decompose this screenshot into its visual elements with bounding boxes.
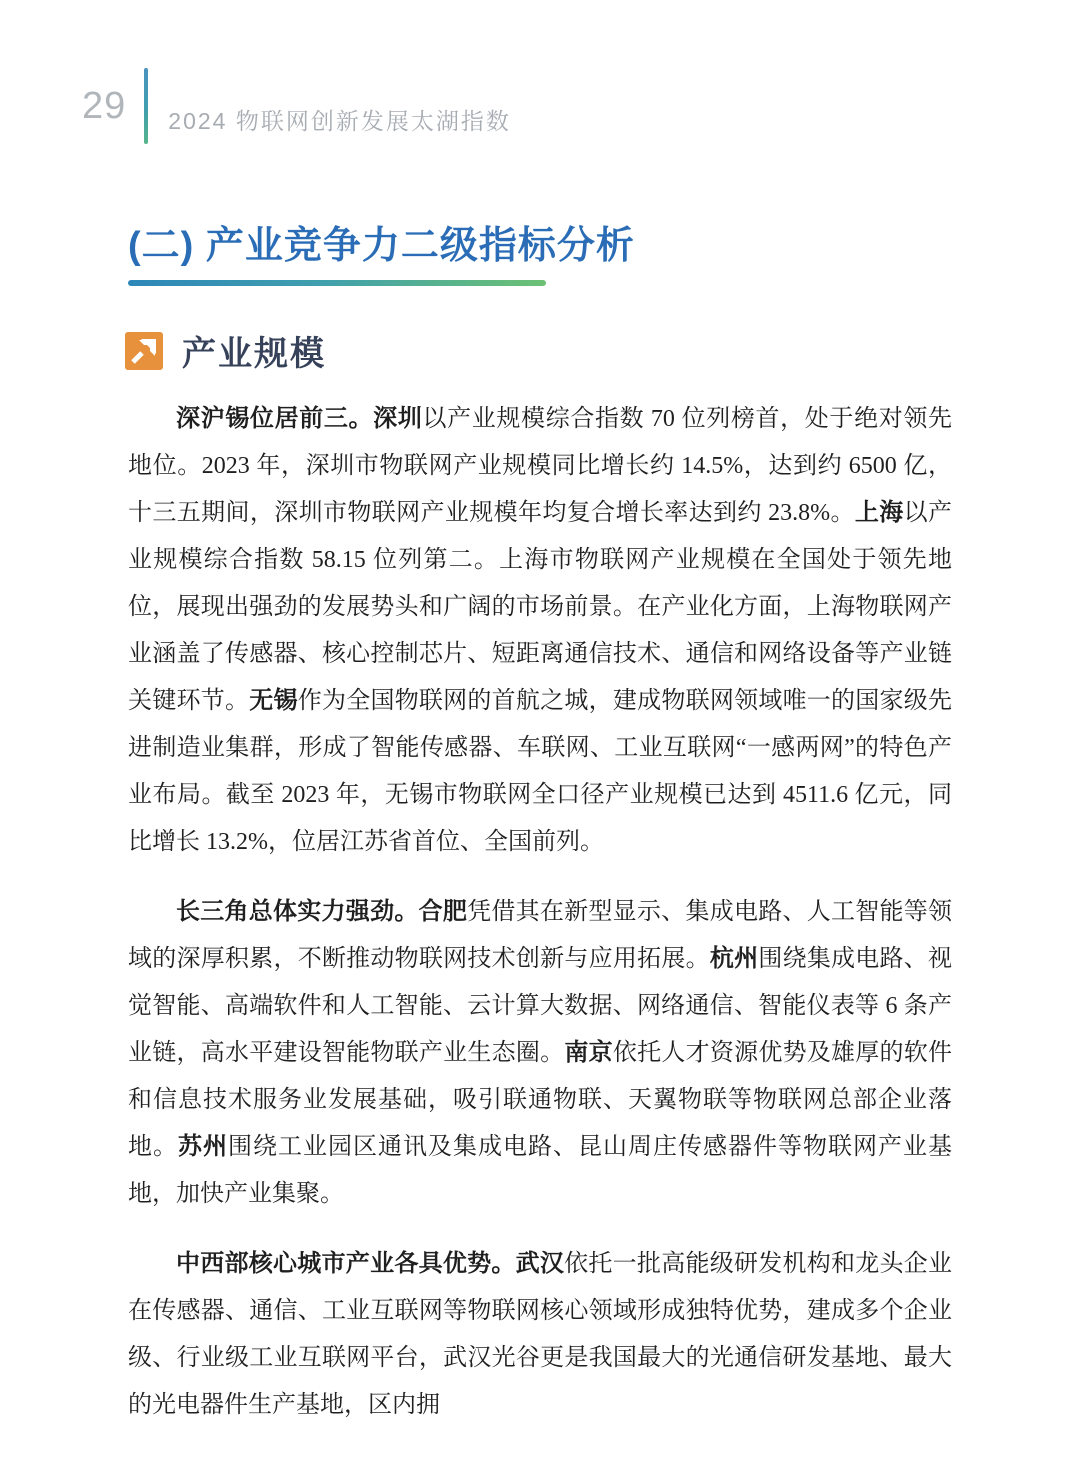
body-text: 深沪锡位居前三。深圳以产业规模综合指数 70 位列榜首，处于绝对领先地位。202… (128, 396, 952, 1452)
section-heading: (二) 产业竞争力二级指标分析 (128, 222, 635, 270)
document-page: 29 2024 物联网创新发展太湖指数 (二) 产业竞争力二级指标分析 产业规模… (0, 0, 1080, 1466)
trend-up-right-icon (124, 331, 164, 371)
section-heading-block: (二) 产业竞争力二级指标分析 (128, 222, 635, 286)
header-title: 2024 物联网创新发展太湖指数 (168, 77, 511, 136)
paragraph-top-three-cities: 深沪锡位居前三。深圳以产业规模综合指数 70 位列榜首，处于绝对领先地位。202… (128, 396, 952, 866)
subsection-header: 产业规模 (124, 326, 326, 375)
page-number: 29 (82, 68, 126, 144)
subsection-title: 产业规模 (182, 326, 326, 375)
page-header: 29 2024 物联网创新发展太湖指数 (82, 68, 511, 144)
paragraph-central-western-cities: 中西部核心城市产业各具优势。武汉依托一批高能级研发机构和龙头企业在传感器、通信、… (128, 1241, 952, 1429)
paragraph-yangtze-delta: 长三角总体实力强劲。合肥凭借其在新型显示、集成电路、人工智能等领域的深厚积累，不… (128, 889, 952, 1218)
header-divider (144, 68, 148, 144)
heading-underline (128, 280, 546, 286)
